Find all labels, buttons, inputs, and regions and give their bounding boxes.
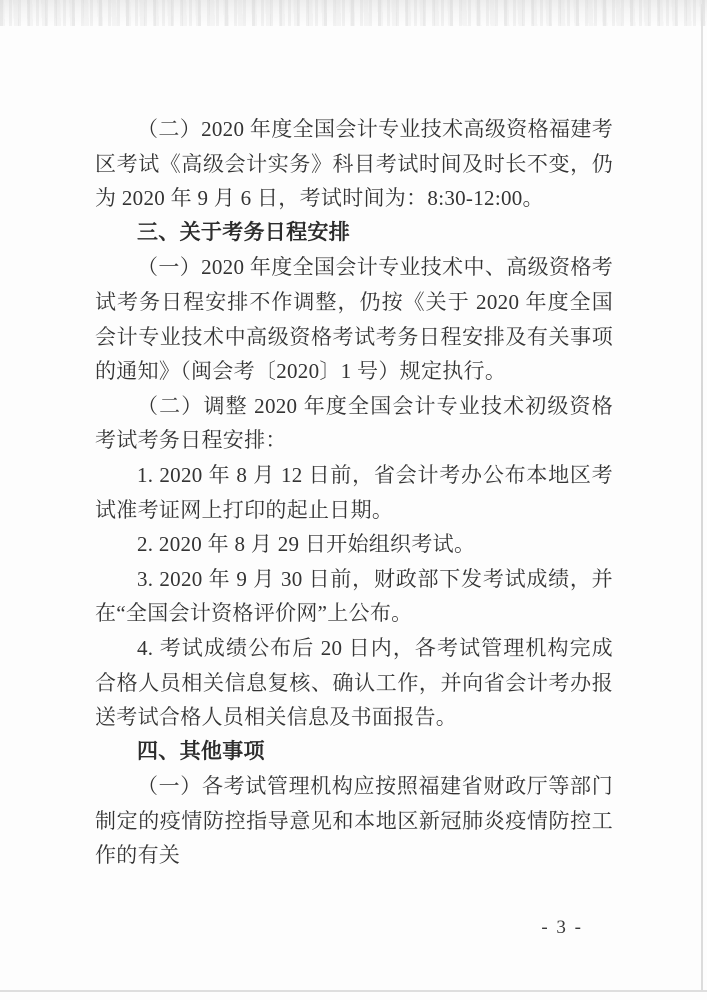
paragraph-item-3-results: 3. 2020 年 9 月 30 日前，财政部下发考试成绩，并在“全国会计资格评… <box>95 562 613 631</box>
section-heading-4-other-matters: 四、其他事项 <box>95 735 613 770</box>
scan-noise-band <box>0 0 707 26</box>
document-body: （二）2020 年度全国会计专业技术高级资格福建考区考试《高级会计实务》科目考试… <box>95 112 613 873</box>
scanned-document-page: （二）2020 年度全国会计专业技术高级资格福建考区考试《高级会计实务》科目考试… <box>0 0 707 1000</box>
page-number: - 3 - <box>541 917 583 939</box>
section-heading-3-schedule: 三、关于考务日程安排 <box>95 216 613 251</box>
paragraph-item-2-exam-start: 2. 2020 年 8 月 29 日开始组织考试。 <box>95 527 613 562</box>
paragraph-item-4-verification: 4. 考试成绩公布后 20 日内，各考试管理机构完成合格人员相关信息复核、确认工… <box>95 631 613 735</box>
paragraph-item-1-admission-card: 1. 2020 年 8 月 12 日前，省会计考办公布本地区考试准考证网上打印的… <box>95 458 613 527</box>
scan-right-edge-line <box>701 4 703 992</box>
paragraph-mid-senior-schedule: （一）2020 年度全国会计专业技术中、高级资格考试考务日程安排不作调整，仍按《… <box>95 250 613 388</box>
paragraph-junior-schedule-intro: （二）调整 2020 年度全国会计专业技术初级资格考试考务日程安排： <box>95 389 613 458</box>
paragraph-epidemic-prevention: （一）各考试管理机构应按照福建省财政厅等部门制定的疫情防控指导意见和本地区新冠肺… <box>95 769 613 873</box>
scan-bottom-edge-line <box>0 990 707 992</box>
paragraph-exam-time-notice: （二）2020 年度全国会计专业技术高级资格福建考区考试《高级会计实务》科目考试… <box>95 112 613 216</box>
